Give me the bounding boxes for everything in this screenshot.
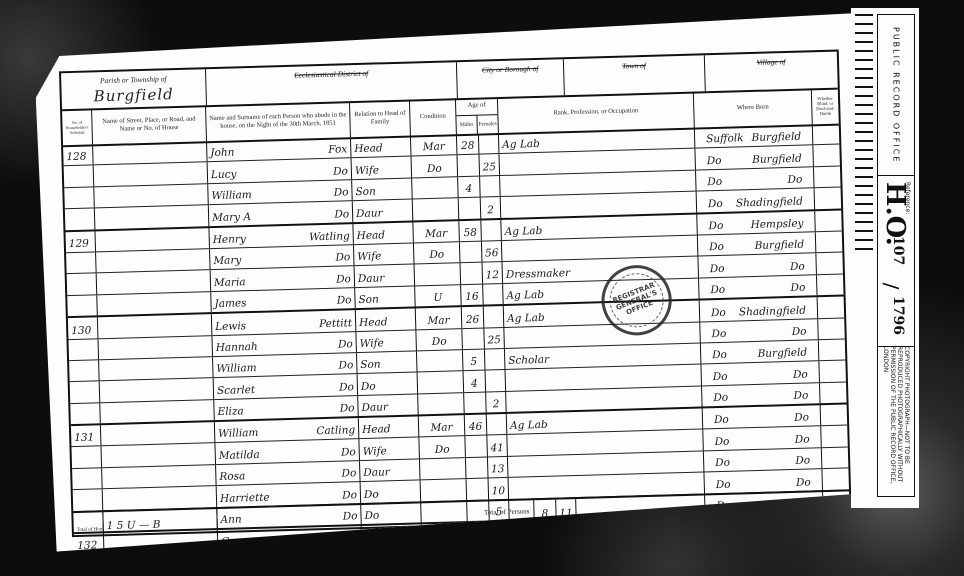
age-male-cell bbox=[461, 263, 484, 284]
born-cell: DoDo bbox=[704, 448, 823, 472]
forename: Harriette bbox=[220, 491, 270, 504]
blind-cell bbox=[813, 145, 840, 166]
house-cell bbox=[98, 314, 213, 338]
house-cell bbox=[99, 357, 214, 381]
col-blind: Whether Blind, or Deaf-and-Dumb bbox=[812, 88, 839, 125]
age-male-cell: 4 bbox=[464, 371, 487, 392]
occupation-cell bbox=[501, 192, 697, 218]
reference-box: Reference: H.O. 107 / 1796 bbox=[877, 174, 915, 347]
house-cell bbox=[101, 422, 216, 446]
surname: Do bbox=[341, 467, 356, 479]
born-county: Do bbox=[715, 457, 730, 469]
copyright-box: COPYRIGHT PHOTOGRAPH—NOT TO BE REPRODUCE… bbox=[877, 346, 915, 497]
age-female-cell: 56 bbox=[482, 241, 503, 262]
office-box: PUBLIC RECORD OFFICE bbox=[877, 14, 915, 176]
col-condition: Condition bbox=[410, 98, 457, 135]
name-cell: MariaDo bbox=[211, 266, 356, 290]
surname: Do bbox=[334, 208, 349, 220]
col-house: Name of Street, Place, or Road, and Name… bbox=[92, 105, 207, 144]
condition-cell bbox=[417, 350, 464, 372]
name-cell: JamesDo bbox=[211, 288, 356, 312]
blind-cell bbox=[820, 382, 847, 403]
house-cell bbox=[93, 141, 208, 165]
relation-cell: Do bbox=[358, 373, 419, 395]
condition-cell: Do bbox=[414, 242, 461, 264]
born-county: Do bbox=[710, 263, 725, 275]
blind-cell bbox=[821, 405, 848, 426]
born-cell: DoBurgfield bbox=[701, 340, 820, 364]
name-cell: WilliamDo bbox=[213, 353, 358, 377]
condition-cell: Do bbox=[419, 437, 466, 459]
copyright-text: COPYRIGHT PHOTOGRAPH—NOT TO BE REPRODUCE… bbox=[882, 346, 910, 496]
born-county: Do bbox=[714, 436, 729, 448]
age-female-cell: 12 bbox=[483, 262, 504, 283]
born-place: Do bbox=[793, 368, 808, 380]
name-cell: MaryDo bbox=[210, 245, 355, 269]
schedule-cell bbox=[69, 360, 100, 381]
town-cell: Town of bbox=[564, 55, 706, 95]
name-cell: MatildaDo bbox=[215, 440, 360, 464]
surname: Do bbox=[342, 489, 357, 501]
schedule-cell bbox=[67, 274, 98, 295]
age-male-cell bbox=[460, 242, 483, 263]
age-male-cell: 58 bbox=[459, 220, 482, 241]
schedule-cell bbox=[67, 295, 98, 316]
born-county: Do bbox=[708, 197, 723, 209]
age-female-cell bbox=[480, 176, 501, 197]
name-cell: JohnFox bbox=[207, 137, 352, 161]
schedule-cell bbox=[70, 382, 101, 403]
relation-cell: Head bbox=[359, 416, 420, 438]
born-cell: DoDo bbox=[704, 469, 823, 493]
house-cell bbox=[94, 163, 209, 187]
forename: John bbox=[210, 147, 234, 160]
village-label: Village of bbox=[705, 56, 837, 69]
condition-cell: Mar bbox=[413, 221, 460, 243]
house-cell bbox=[98, 336, 213, 360]
schedule-cell bbox=[66, 252, 97, 273]
relation-cell: Son bbox=[357, 351, 418, 373]
city-label: City or Borough of bbox=[457, 63, 563, 75]
col-name: Name and Surname of each Person who abod… bbox=[206, 101, 351, 141]
house-cell bbox=[100, 378, 215, 402]
blind-cell bbox=[818, 318, 845, 339]
born-place: Do bbox=[795, 455, 810, 467]
condition-cell bbox=[412, 177, 459, 199]
blind-cell bbox=[813, 124, 840, 145]
schedule-cell: 129 bbox=[65, 231, 96, 252]
name-cell: ScarletDo bbox=[214, 374, 359, 398]
born-place: Do bbox=[795, 433, 810, 445]
forename: Mary bbox=[213, 255, 241, 268]
name-cell: WilliamCatling bbox=[215, 418, 360, 442]
born-county: Do bbox=[710, 284, 725, 296]
born-place: Burgfield bbox=[752, 152, 802, 165]
blind-cell bbox=[818, 297, 845, 318]
born-cell: DoDo bbox=[699, 275, 818, 299]
condition-cell: Do bbox=[412, 156, 459, 178]
forename: Mary A bbox=[212, 211, 251, 224]
born-cell: DoDo bbox=[703, 427, 822, 451]
divider-slash: / bbox=[879, 283, 903, 290]
houses-value: 1 5 U — B bbox=[103, 509, 218, 534]
ruler-scale bbox=[855, 14, 873, 250]
age-male-cell: 4 bbox=[458, 176, 481, 197]
age-female-cell bbox=[486, 370, 507, 391]
col-age-female: Females bbox=[477, 115, 498, 134]
house-cell bbox=[101, 444, 216, 468]
born-place: Do bbox=[793, 390, 808, 402]
schedule-cell bbox=[70, 403, 101, 424]
house-cell bbox=[103, 486, 218, 510]
condition-cell bbox=[413, 198, 460, 220]
age-female-cell: 25 bbox=[484, 327, 505, 348]
born-place: Do bbox=[790, 260, 805, 272]
name-cell: RosaDo bbox=[216, 461, 361, 485]
name-cell: WilliamDo bbox=[208, 180, 353, 204]
blind-cell bbox=[814, 166, 841, 187]
forename: Henry bbox=[213, 233, 246, 246]
surname: Do bbox=[335, 252, 350, 264]
condition-cell bbox=[415, 264, 462, 286]
age-male-cell: 5 bbox=[463, 349, 486, 370]
born-cell: DoDo bbox=[702, 383, 821, 407]
condition-cell: U bbox=[415, 285, 462, 307]
born-cell: DoBurgfield bbox=[695, 146, 814, 170]
schedule-cell bbox=[64, 187, 95, 208]
age-male-cell bbox=[466, 457, 489, 478]
relation-cell: Daur bbox=[355, 265, 416, 287]
ecclesiastical-label: Ecclesiastical District of bbox=[206, 66, 456, 82]
age-female-cell: 41 bbox=[487, 435, 508, 456]
forename: William bbox=[218, 427, 259, 440]
born-cell: DoHempsley bbox=[697, 211, 816, 235]
born-county: Do bbox=[716, 478, 731, 490]
blind-cell bbox=[815, 210, 842, 231]
condition-cell: Mar bbox=[411, 134, 458, 156]
forename: James bbox=[214, 297, 246, 310]
born-county: Do bbox=[711, 328, 726, 340]
born-county: Do bbox=[707, 155, 722, 167]
surname: Fox bbox=[328, 144, 347, 157]
born-place: Do bbox=[796, 476, 811, 488]
blind-cell bbox=[817, 274, 844, 295]
born-place: Do bbox=[792, 325, 807, 337]
born-county: Do bbox=[707, 176, 722, 188]
stamp-text: REGISTRAR GENERAL'S OFFICE bbox=[602, 277, 670, 323]
condition-cell bbox=[421, 479, 468, 501]
name-cell: Mary ADo bbox=[209, 201, 354, 225]
reference-strip: PUBLIC RECORD OFFICE Reference: H.O. 107… bbox=[851, 8, 919, 508]
surname: Do bbox=[341, 446, 356, 458]
condition-cell bbox=[420, 458, 467, 480]
name-cell: HannahDo bbox=[212, 332, 357, 356]
born-cell: DoDo bbox=[703, 405, 822, 429]
age-female-cell bbox=[479, 133, 500, 154]
surname: Pettitt bbox=[319, 317, 352, 330]
age-male-cell: 28 bbox=[457, 134, 480, 155]
surname: Do bbox=[337, 294, 352, 306]
surname: Do bbox=[333, 165, 348, 177]
relation-cell: Wife bbox=[356, 330, 417, 352]
house-cell bbox=[97, 292, 212, 316]
forename: Eliza bbox=[217, 405, 244, 418]
house-cell bbox=[95, 228, 210, 252]
office-label: PUBLIC RECORD OFFICE bbox=[892, 27, 901, 163]
blind-cell bbox=[816, 231, 843, 252]
city-cell: City or Borough of bbox=[457, 59, 565, 98]
born-place: Burgfield bbox=[754, 239, 804, 252]
relation-cell: Wife bbox=[359, 438, 420, 460]
parish-value: Burgfield bbox=[61, 84, 205, 106]
born-place: Shadingfield bbox=[736, 195, 803, 209]
col-occupation: Rank, Profession, or Occupation bbox=[498, 92, 695, 133]
name-cell: HenryWatling bbox=[209, 224, 354, 248]
house-cell bbox=[95, 205, 210, 229]
schedule-cell: 128 bbox=[63, 144, 94, 165]
house-cell bbox=[96, 249, 211, 273]
relation-cell: Daur bbox=[358, 394, 419, 416]
blind-cell bbox=[822, 469, 849, 490]
census-page: 136 32: Parish or Township of Burgfield … bbox=[34, 13, 874, 552]
born-cell: DoDo bbox=[696, 167, 815, 191]
schedule-cell bbox=[72, 447, 103, 468]
relation-cell: Do bbox=[361, 481, 422, 503]
relation-cell: Wife bbox=[352, 157, 413, 179]
relation-cell: Son bbox=[352, 178, 413, 200]
born-cell: DoDo bbox=[701, 361, 820, 385]
surname: Catling bbox=[316, 425, 355, 438]
col-relation: Relation to Head of Family bbox=[350, 100, 411, 138]
born-county: Do bbox=[713, 370, 728, 382]
house-cell bbox=[100, 400, 215, 424]
col-born: Where Born bbox=[694, 88, 813, 127]
blind-cell bbox=[819, 361, 846, 382]
born-place: Do bbox=[794, 412, 809, 424]
age-male-cell bbox=[459, 198, 482, 219]
age-female-cell: 2 bbox=[486, 392, 507, 413]
born-place: Do bbox=[790, 282, 805, 294]
col-age: Age of Males Females bbox=[456, 97, 499, 134]
parish-cell: Parish or Township of Burgfield bbox=[61, 69, 207, 109]
forename: Matilda bbox=[219, 449, 260, 462]
relation-cell: Head bbox=[356, 309, 417, 331]
born-county: Do bbox=[714, 414, 729, 426]
col-schedule: No. of Householder's Schedule bbox=[62, 108, 93, 145]
forename: Lewis bbox=[215, 320, 246, 333]
condition-cell bbox=[418, 393, 465, 415]
blind-cell bbox=[816, 253, 843, 274]
col-age-label: Age of bbox=[456, 97, 497, 116]
schedule-cell: 130 bbox=[68, 317, 99, 338]
born-county: Do bbox=[712, 349, 727, 361]
schedule-cell bbox=[65, 209, 96, 230]
forename: William bbox=[216, 362, 257, 375]
relation-cell: Head bbox=[351, 136, 412, 158]
condition-cell: Mar bbox=[416, 307, 463, 329]
born-cell: DoDo bbox=[700, 319, 819, 343]
age-female-cell bbox=[485, 349, 506, 370]
condition-cell: Mar bbox=[419, 415, 466, 437]
surname: Do bbox=[339, 381, 354, 393]
surname: Do bbox=[338, 360, 353, 372]
name-cell: LucyDo bbox=[208, 159, 353, 183]
relation-cell: Son bbox=[355, 286, 416, 308]
blind-cell bbox=[821, 426, 848, 447]
schedule-cell bbox=[68, 339, 99, 360]
forename: Scarlet bbox=[217, 384, 255, 397]
born-cell: DoBurgfield bbox=[698, 232, 817, 256]
schedule-cell bbox=[64, 166, 95, 187]
piece-b: 1796 bbox=[890, 296, 906, 335]
born-county: Do bbox=[709, 241, 724, 253]
forename: Lucy bbox=[211, 168, 237, 181]
condition-cell bbox=[418, 371, 465, 393]
piece-a: 107 bbox=[890, 236, 906, 265]
relation-cell: Head bbox=[353, 222, 414, 244]
born-cell: DoDo bbox=[698, 254, 817, 278]
age-male-cell bbox=[458, 155, 481, 176]
age-male-cell: 26 bbox=[462, 307, 485, 328]
surname: Do bbox=[336, 273, 351, 285]
age-female-cell: 25 bbox=[479, 154, 500, 175]
occupation-cell bbox=[506, 386, 702, 412]
blind-cell bbox=[819, 339, 846, 360]
age-male-cell bbox=[462, 328, 485, 349]
born-county: Do bbox=[713, 392, 728, 404]
blind-cell bbox=[815, 188, 842, 209]
relation-cell: Daur bbox=[353, 200, 414, 222]
age-female-cell bbox=[487, 414, 508, 435]
schedule-cell: 131 bbox=[71, 425, 102, 446]
surname: Do bbox=[334, 186, 349, 198]
age-female-cell: 2 bbox=[481, 197, 502, 218]
born-cell: SuffolkBurgfield bbox=[695, 124, 814, 148]
census-table: Parish or Township of Burgfield Ecclesia… bbox=[59, 50, 852, 538]
forename: Rosa bbox=[219, 471, 245, 484]
born-cell: DoShadingfield bbox=[700, 297, 819, 321]
born-county: Suffolk bbox=[706, 133, 744, 146]
blind-cell bbox=[822, 447, 849, 468]
village-cell: Village of bbox=[705, 52, 838, 92]
age-male-cell: 46 bbox=[465, 415, 488, 436]
born-place: Do bbox=[787, 174, 802, 186]
age-female-cell bbox=[484, 306, 505, 327]
age-male-cell bbox=[464, 392, 487, 413]
born-place: Hempsley bbox=[750, 218, 803, 231]
house-cell bbox=[102, 465, 217, 489]
houses-label: Total of Houses bbox=[73, 512, 104, 535]
born-county: Do bbox=[711, 306, 726, 318]
condition-cell: Do bbox=[416, 329, 463, 351]
age-male-cell bbox=[465, 436, 488, 457]
age-female-cell bbox=[483, 284, 504, 305]
age-male-cell: 16 bbox=[461, 284, 484, 305]
age-female-cell: 10 bbox=[489, 478, 510, 499]
relation-cell: Daur bbox=[360, 459, 421, 481]
surname: Do bbox=[340, 402, 355, 414]
born-place: Shadingfield bbox=[739, 304, 806, 318]
born-cell: DoShadingfield bbox=[697, 188, 816, 212]
age-female-cell bbox=[481, 220, 502, 241]
forename: Maria bbox=[214, 276, 246, 289]
relation-cell: Wife bbox=[354, 243, 415, 265]
age-female-cell: 13 bbox=[488, 457, 509, 478]
town-label: Town of bbox=[564, 59, 704, 72]
surname: Watling bbox=[309, 230, 350, 243]
born-place: Burgfield bbox=[757, 347, 807, 360]
forename: William bbox=[211, 189, 252, 202]
name-cell: LewisPettitt bbox=[212, 310, 357, 334]
name-cell: ElizaDo bbox=[214, 396, 359, 420]
born-county: Do bbox=[708, 220, 723, 232]
house-cell bbox=[94, 184, 209, 208]
house-cell bbox=[97, 271, 212, 295]
surname: Do bbox=[338, 338, 353, 350]
schedule-cell bbox=[73, 490, 104, 511]
forename: Hannah bbox=[216, 341, 258, 354]
age-male-cell bbox=[467, 479, 490, 500]
schedule-cell bbox=[72, 468, 103, 489]
col-age-male: Males bbox=[456, 115, 478, 134]
born-place: Burgfield bbox=[751, 131, 801, 144]
